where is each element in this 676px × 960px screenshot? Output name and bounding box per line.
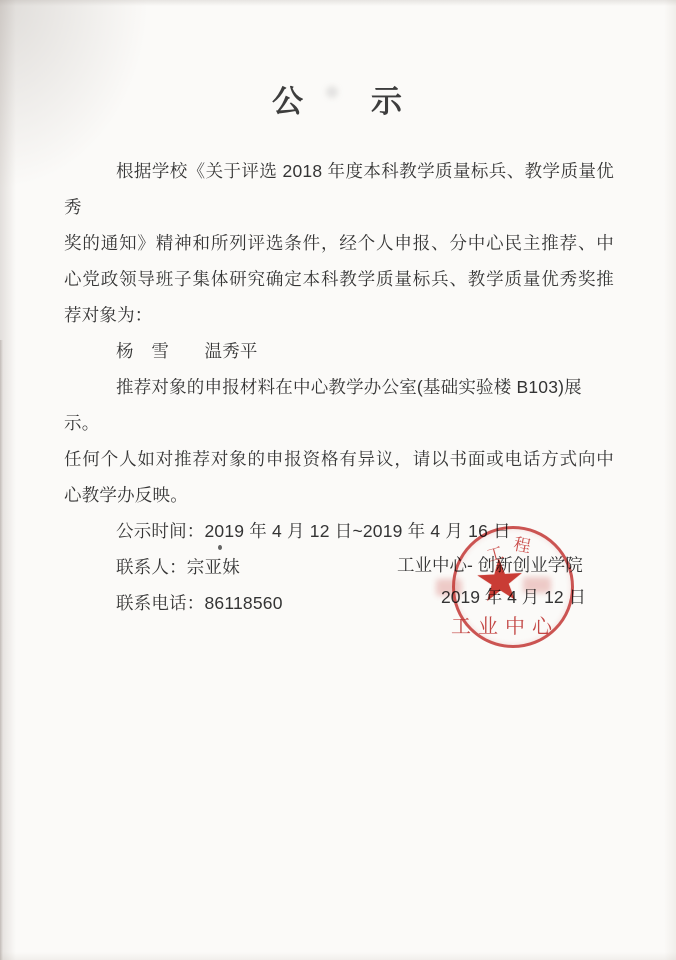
body-line: 根据学校《关于评选 2018 年度本科教学质量标兵、教学质量优秀 xyxy=(64,153,614,225)
official-seal: 工 程 ★ 工业中心 xyxy=(452,526,574,648)
body-line: 奖的通知》精神和所列评选条件，经个人申报、分中心民主推荐、中 xyxy=(64,225,614,261)
seal-org-name: 工业中心 xyxy=(446,610,564,639)
scanned-notice-page: 公 示 根据学校《关于评选 2018 年度本科教学质量标兵、教学质量优秀 奖的通… xyxy=(0,0,676,960)
body-line: 任何个人如对推荐对象的申报资格有异议，请以书面或电话方式向中 xyxy=(64,441,614,477)
scan-shadow-bottom-edge xyxy=(0,952,676,960)
scan-line-left-edge xyxy=(0,340,3,960)
body-line: 荐对象为： xyxy=(64,297,614,333)
scan-shadow-top-edge xyxy=(0,0,676,6)
nominee-names: 杨 雪 温秀平 xyxy=(64,333,614,369)
star-icon: ★ xyxy=(473,551,528,612)
seal-faded-arc-text-right xyxy=(523,577,551,593)
body-line: 心党政领导班子集体研究确定本科教学质量标兵、教学质量优秀奖推 xyxy=(64,261,614,297)
body-line: 心教学办反映。 xyxy=(64,477,614,513)
scan-shadow-left-edge xyxy=(0,0,16,960)
scan-shadow-right-edge xyxy=(664,0,676,960)
page-title: 公 示 xyxy=(0,76,676,121)
body-line: 推荐对象的申报材料在中心教学办公室(基础实验楼 B103)展示。 xyxy=(64,369,614,441)
seal-faded-arc-text-left xyxy=(436,579,462,596)
